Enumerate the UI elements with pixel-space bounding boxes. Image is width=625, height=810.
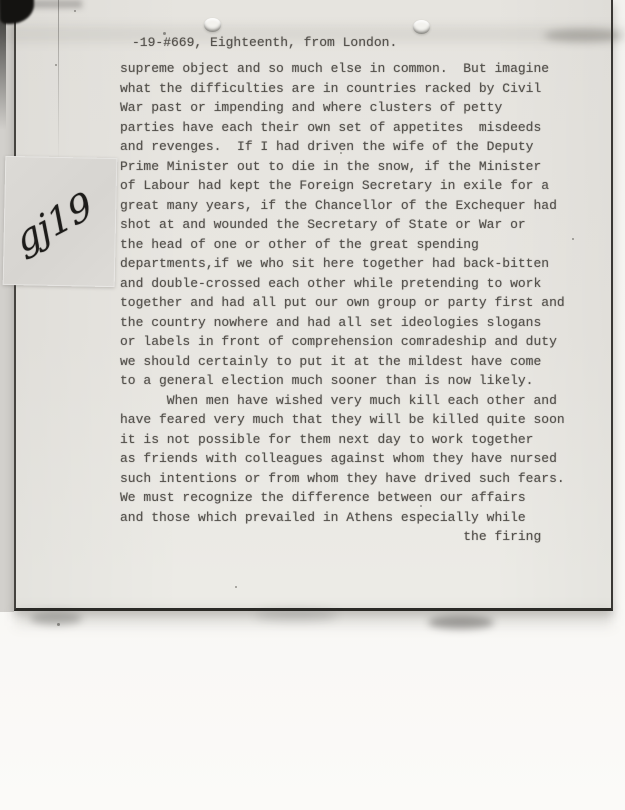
handwritten-note: gj19 (10, 175, 115, 262)
smudge-mark (30, 612, 82, 625)
smudge-mark (255, 610, 337, 621)
page-header: -19-#669, Eighteenth, from London. (132, 33, 397, 53)
paragraph: supreme object and so much else in commo… (120, 59, 600, 391)
punch-hole (204, 18, 221, 32)
corner-ink-mark (0, 0, 34, 24)
taped-label: gj19 (3, 156, 118, 287)
smudge-mark (428, 616, 494, 629)
dust-speck (74, 10, 76, 12)
dust-speck (420, 505, 422, 507)
dust-speck (572, 238, 574, 240)
paper-fold-line (58, 0, 59, 162)
dust-speck (235, 586, 237, 588)
scanned-document: -19-#669, Eighteenth, from London. supre… (0, 0, 625, 810)
dust-speck (57, 623, 60, 626)
dust-speck (55, 64, 57, 66)
dust-speck (163, 32, 166, 35)
document-page: -19-#669, Eighteenth, from London. supre… (14, 0, 613, 611)
typed-text-block: supreme object and so much else in commo… (120, 59, 600, 547)
paragraph: When men have wished very much kill each… (120, 391, 600, 547)
dust-speck (340, 152, 342, 154)
punch-hole (413, 20, 430, 34)
scan-shadow-smudge (544, 29, 622, 42)
